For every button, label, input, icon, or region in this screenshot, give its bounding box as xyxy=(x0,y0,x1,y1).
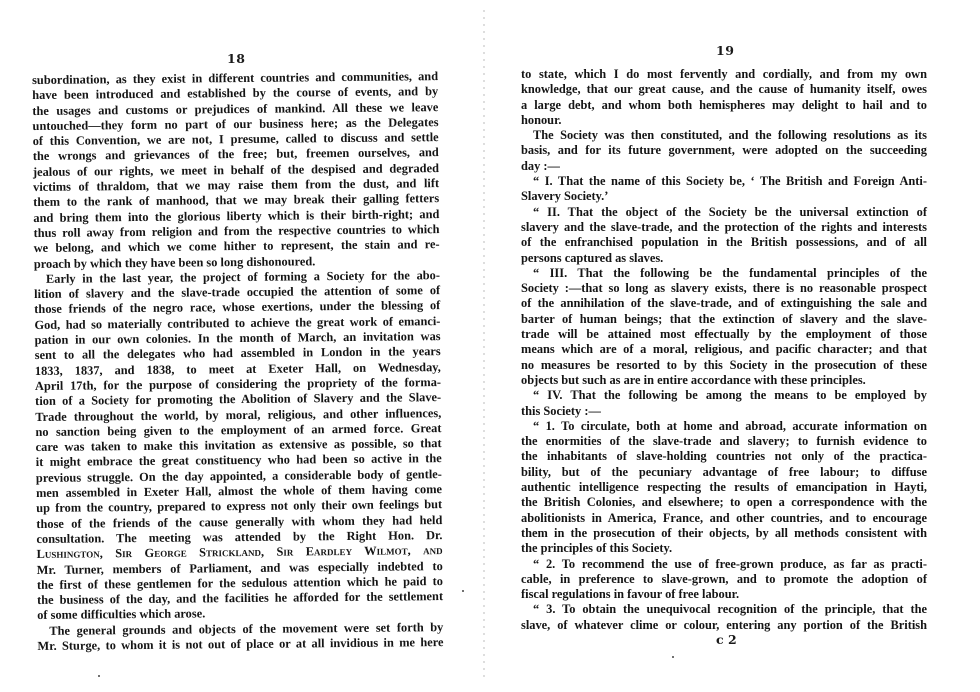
text-line: bility, but of the pecuniary advantage o… xyxy=(521,465,927,480)
resolution-ii: “ II. That the object of the Society be … xyxy=(521,205,927,220)
text-line: Mr. Sturge, to whom it is not out of pla… xyxy=(37,635,443,654)
text-line: the inhabitants of slave-holding countri… xyxy=(521,449,927,464)
text-line: honour. xyxy=(521,113,927,128)
text-line: authentic intelligence respecting the re… xyxy=(521,480,927,495)
paragraph-start: The Society was then constituted, and th… xyxy=(521,128,927,143)
book-spread: 18 subordination, as they exist in diffe… xyxy=(0,0,980,692)
text-line: of the annihilation of the slave-trade, … xyxy=(521,296,927,311)
scan-speck xyxy=(672,656,674,658)
text-line: a large debt, and whom both hemispheres … xyxy=(521,98,927,113)
text-line: objects but such as are in entire accord… xyxy=(521,373,927,388)
means-1: “ 1. To circulate, both at home and abro… xyxy=(521,419,927,434)
text-line: the principles of this Society. xyxy=(521,541,927,556)
left-page-body: subordination, as they exist in differen… xyxy=(32,69,444,654)
scan-speck xyxy=(98,675,100,677)
text-line: the British Colonies, and elsewhere; to … xyxy=(521,495,927,510)
text-line: day :— xyxy=(521,159,927,174)
text-line: the enormities of the slave-trade and sl… xyxy=(521,434,927,449)
text-line: slavery and the slave-trade, and the pro… xyxy=(521,220,927,235)
means-3: “ 3. To obtain the unequivocal recogniti… xyxy=(521,602,927,617)
resolution-i: “ I. That the name of this Society be, ‘… xyxy=(521,174,927,189)
text-line: trade will be attained most effectually … xyxy=(521,327,927,342)
resolution-iii: “ III. That the following be the fundame… xyxy=(521,266,927,281)
text-line: Society :—that so long as slavery exists… xyxy=(521,281,927,296)
page-gutter xyxy=(483,10,485,680)
right-page-body: to state, which I do most fervently and … xyxy=(521,67,927,633)
text-line: Slavery Society.’ xyxy=(521,189,927,204)
text-line: abolitionists in America, France, and ot… xyxy=(521,511,927,526)
text-line: this Society :— xyxy=(521,404,927,419)
signature-mark: c 2 xyxy=(716,632,737,647)
text-line: barter of human beings; that the extinct… xyxy=(521,312,927,327)
means-2: “ 2. To recommend the use of free-grown … xyxy=(521,557,927,572)
text-line: basis, and for its future government, we… xyxy=(521,143,927,158)
text-line: knowledge, that our great cause, and the… xyxy=(521,82,927,97)
text-line: cable, in preference to slave-grown, and… xyxy=(521,572,927,587)
page-number-right: 19 xyxy=(716,43,734,58)
text-line: means which are of a moral, religious, a… xyxy=(521,342,927,357)
text-line: persons captured as slaves. xyxy=(521,251,927,266)
text-line: to state, which I do most fervently and … xyxy=(521,67,927,82)
scan-speck xyxy=(462,590,464,592)
right-page: 19 to state, which I do most fervently a… xyxy=(490,0,980,692)
page-number-left: 18 xyxy=(227,51,245,66)
text-line: them in the prosecution of their objects… xyxy=(521,526,927,541)
resolution-iv: “ IV. That the following be among the me… xyxy=(521,388,927,403)
text-line: fiscal regulations in favour of free lab… xyxy=(521,587,927,602)
left-page: 18 subordination, as they exist in diffe… xyxy=(0,0,480,692)
text-line: slave, of whatever clime or colour, ente… xyxy=(521,618,927,633)
text-line: no measures be resorted to by this Socie… xyxy=(521,358,927,373)
text-line: of the enfranchised population in the Br… xyxy=(521,235,927,250)
